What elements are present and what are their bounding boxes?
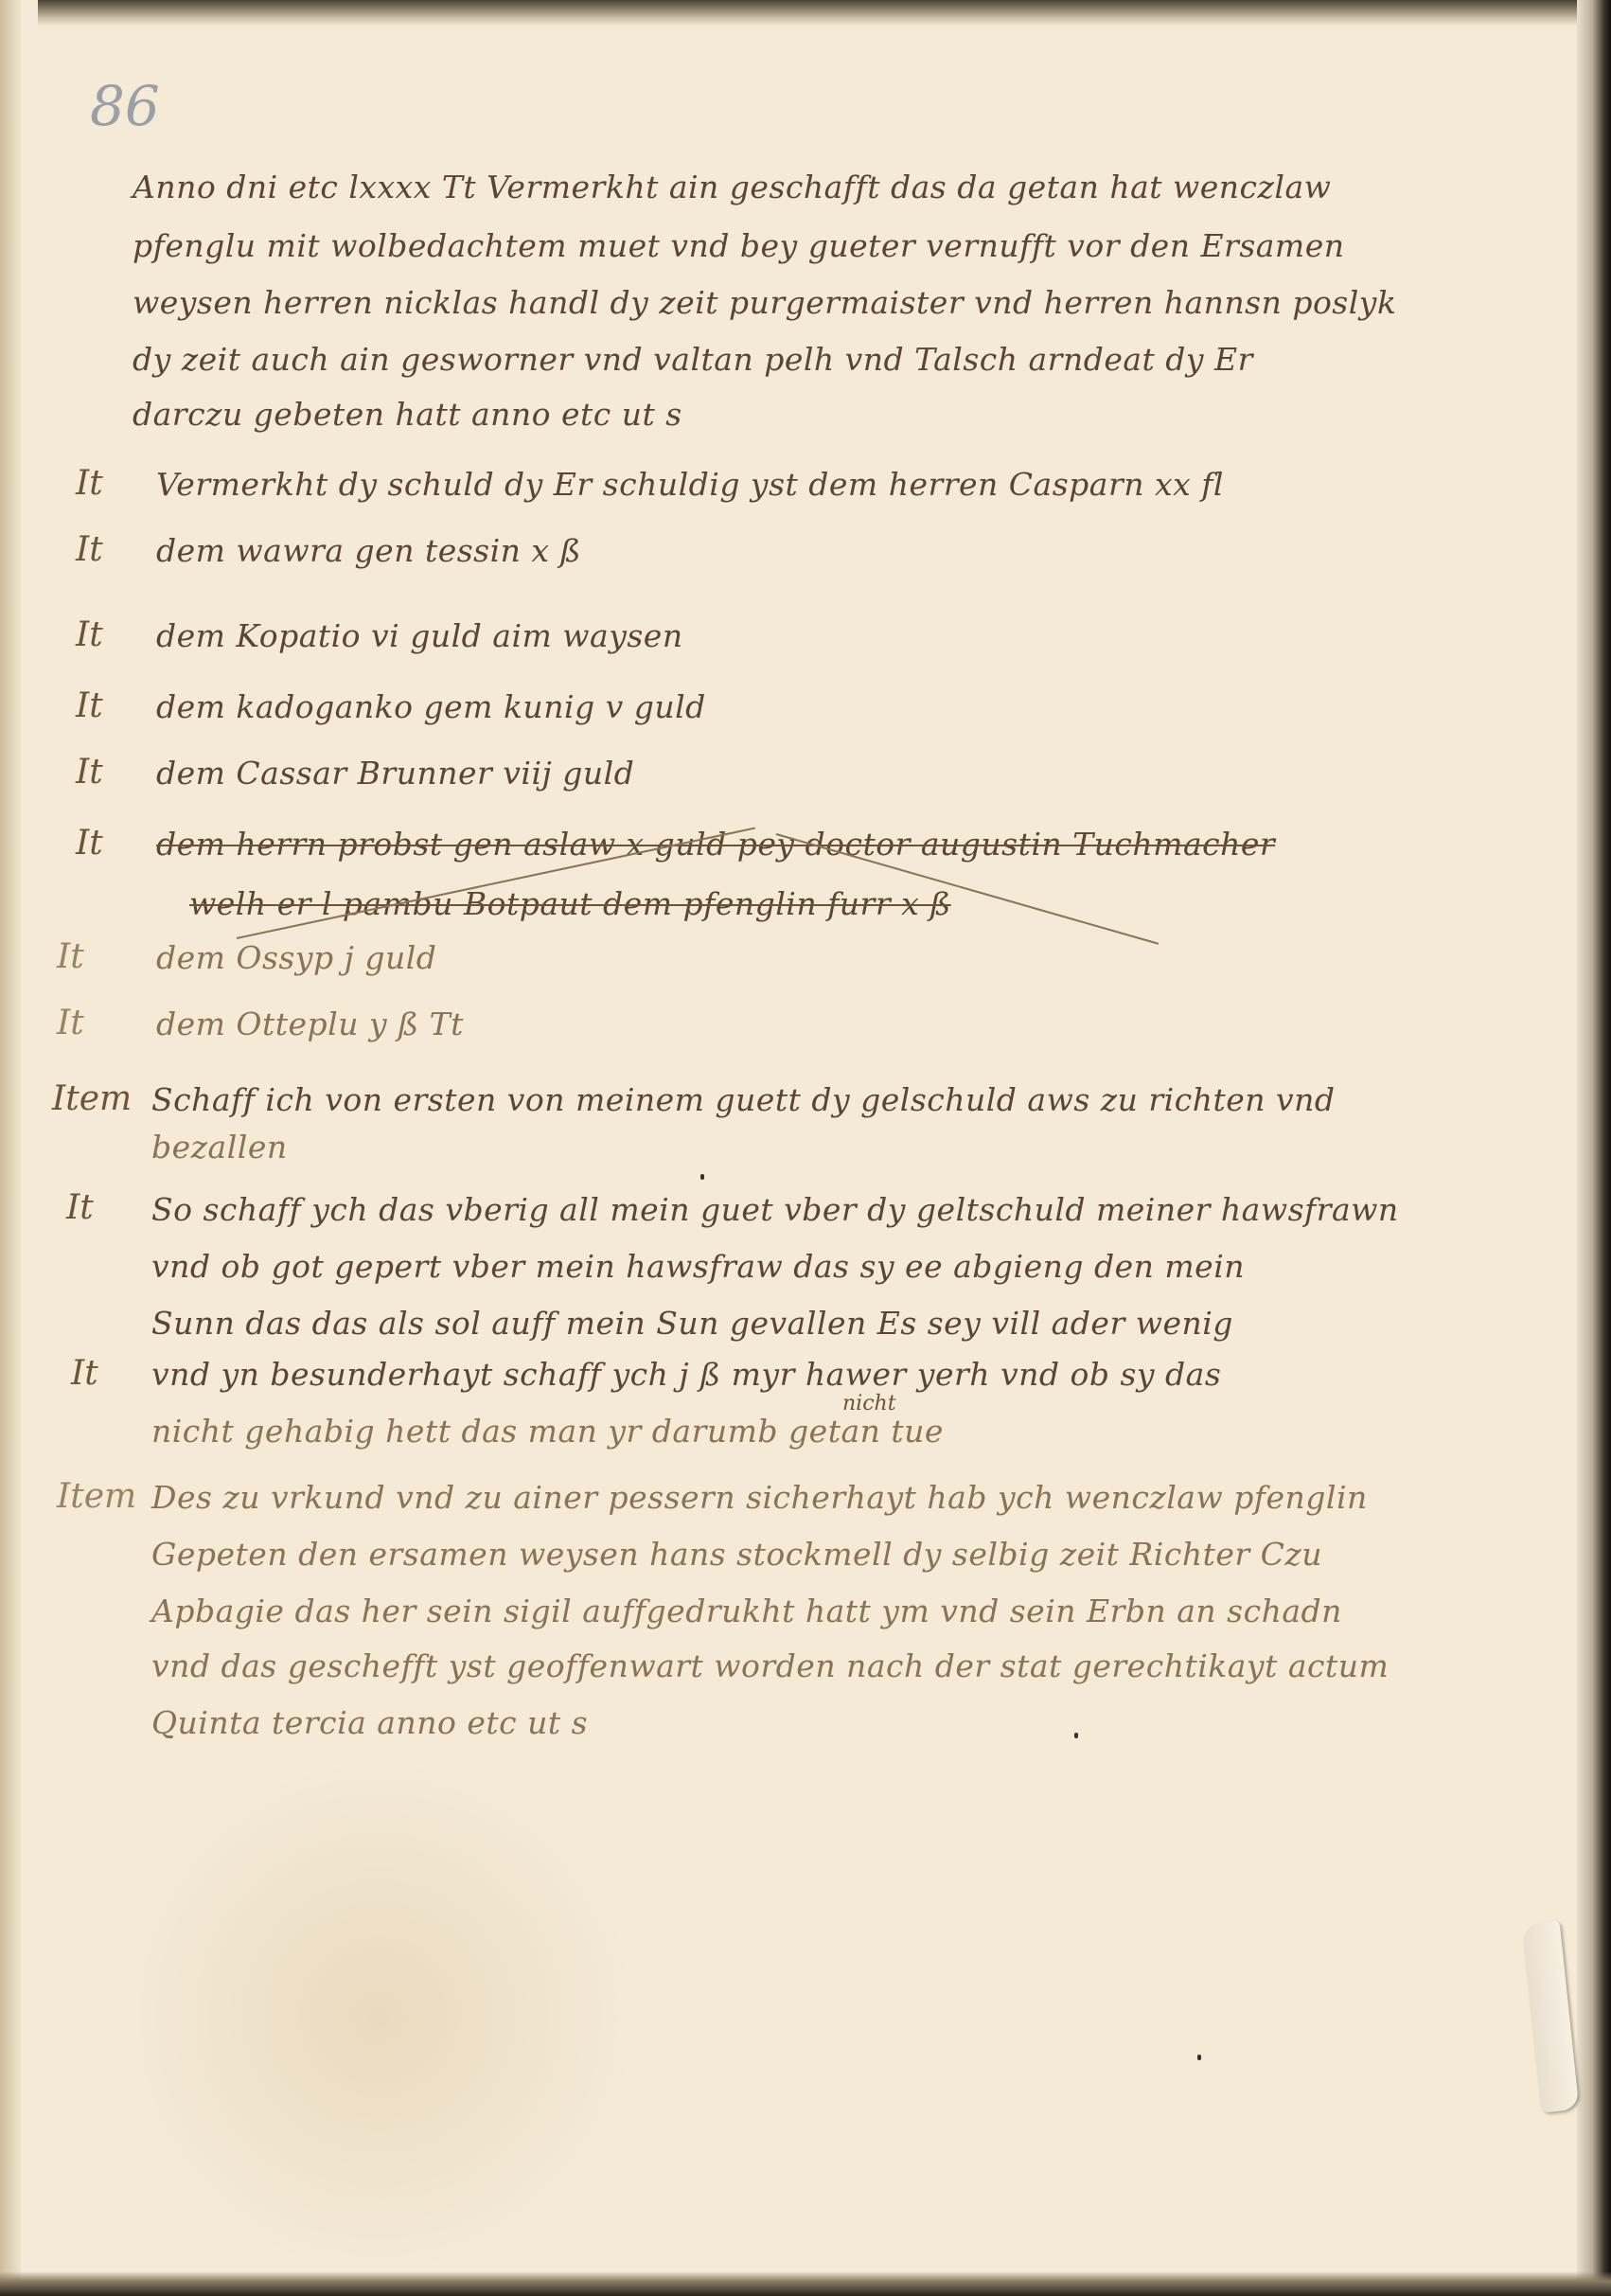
entry-line: dem kadoganko gem kunig v guld	[156, 688, 706, 725]
struck-entry-line: dem herrn probst gen aslaw x guld pey do…	[156, 826, 1275, 863]
entry-continuation: nicht gehabig hett das man yr darumb get…	[151, 1413, 944, 1450]
preamble-line-1: Anno dni etc lxxxx Tt Vermerkht ain gesc…	[133, 169, 1331, 205]
entry-continuation: Quinta tercia anno etc ut s	[151, 1704, 588, 1741]
paper-tear-fragment	[1522, 1920, 1580, 2112]
entry-continuation: bezallen	[151, 1129, 288, 1166]
preamble-line-4: dy zeit auch ain gesworner vnd valtan pe…	[133, 341, 1253, 378]
margin-item-mark: It	[76, 824, 103, 863]
margin-item-mark: It	[57, 1004, 84, 1042]
entry-line: Schaff ich von ersten von meinem guett d…	[151, 1081, 1336, 1118]
manuscript-page: 86 Anno dni etc lxxxx Tt Vermerkht ain g…	[0, 0, 1611, 2296]
margin-item-mark: Item	[57, 1477, 136, 1516]
entry-line: dem Kopatio vi guld aim waysen	[156, 617, 683, 654]
ink-speck	[1197, 2055, 1201, 2060]
margin-item-mark: It	[71, 1354, 98, 1393]
preamble-line-2: pfenglu mit wolbedachtem muet vnd bey gu…	[133, 227, 1345, 264]
page-top-edge	[38, 0, 1590, 27]
entry-line: dem wawra gen tessin x ß	[156, 532, 581, 569]
ink-speck	[1074, 1733, 1078, 1738]
entry-continuation: vnd das geschefft yst geoffenwart worden…	[151, 1647, 1389, 1684]
margin-item-mark: It	[76, 464, 103, 503]
entry-continuation: vnd ob got gepert vber mein hawsfraw das…	[151, 1248, 1245, 1285]
entry-line: dem Cassar Brunner viij guld	[156, 755, 634, 792]
entry-continuation: Gepeten den ersamen weysen hans stockmel…	[151, 1536, 1322, 1573]
margin-item-mark: It	[76, 753, 103, 792]
preamble-line-3: weysen herren nicklas handl dy zeit purg…	[133, 284, 1396, 321]
margin-item-mark: It	[76, 686, 103, 725]
margin-item-mark: It	[66, 1188, 94, 1227]
page-left-edge	[0, 0, 21, 2296]
struck-entry-continuation: welh er l pambu Botpaut dem pfenglin fur…	[189, 885, 951, 922]
entry-continuation: Apbagie das her sein sigil auffgedrukht …	[151, 1593, 1342, 1629]
entry-line: dem Ossyp j guld	[156, 939, 436, 976]
margin-item-mark: It	[57, 937, 84, 976]
margin-item-mark: It	[76, 615, 103, 654]
entry-line: So schaff ych das vberig all mein guet v…	[151, 1191, 1399, 1228]
entry-line: Vermerkht dy schuld dy Er schuldig yst d…	[156, 466, 1224, 503]
entry-line: vnd yn besunderhayt schaff ych j ß myr h…	[151, 1356, 1221, 1393]
entry-line: dem Otteplu y ß Tt	[156, 1006, 464, 1042]
margin-item-mark: It	[76, 530, 103, 569]
page-right-edge-binding	[1577, 0, 1611, 2296]
folio-number: 86	[90, 74, 160, 138]
entry-continuation: Sunn das das als sol auff mein Sun geval…	[151, 1305, 1233, 1342]
margin-item-mark: Item	[52, 1079, 132, 1118]
water-stain	[114, 1752, 644, 2282]
preamble-line-5: darczu gebeten hatt anno etc ut s	[133, 396, 682, 433]
ink-speck	[700, 1174, 704, 1180]
entry-line: Des zu vrkund vnd zu ainer pessern siche…	[151, 1479, 1368, 1516]
